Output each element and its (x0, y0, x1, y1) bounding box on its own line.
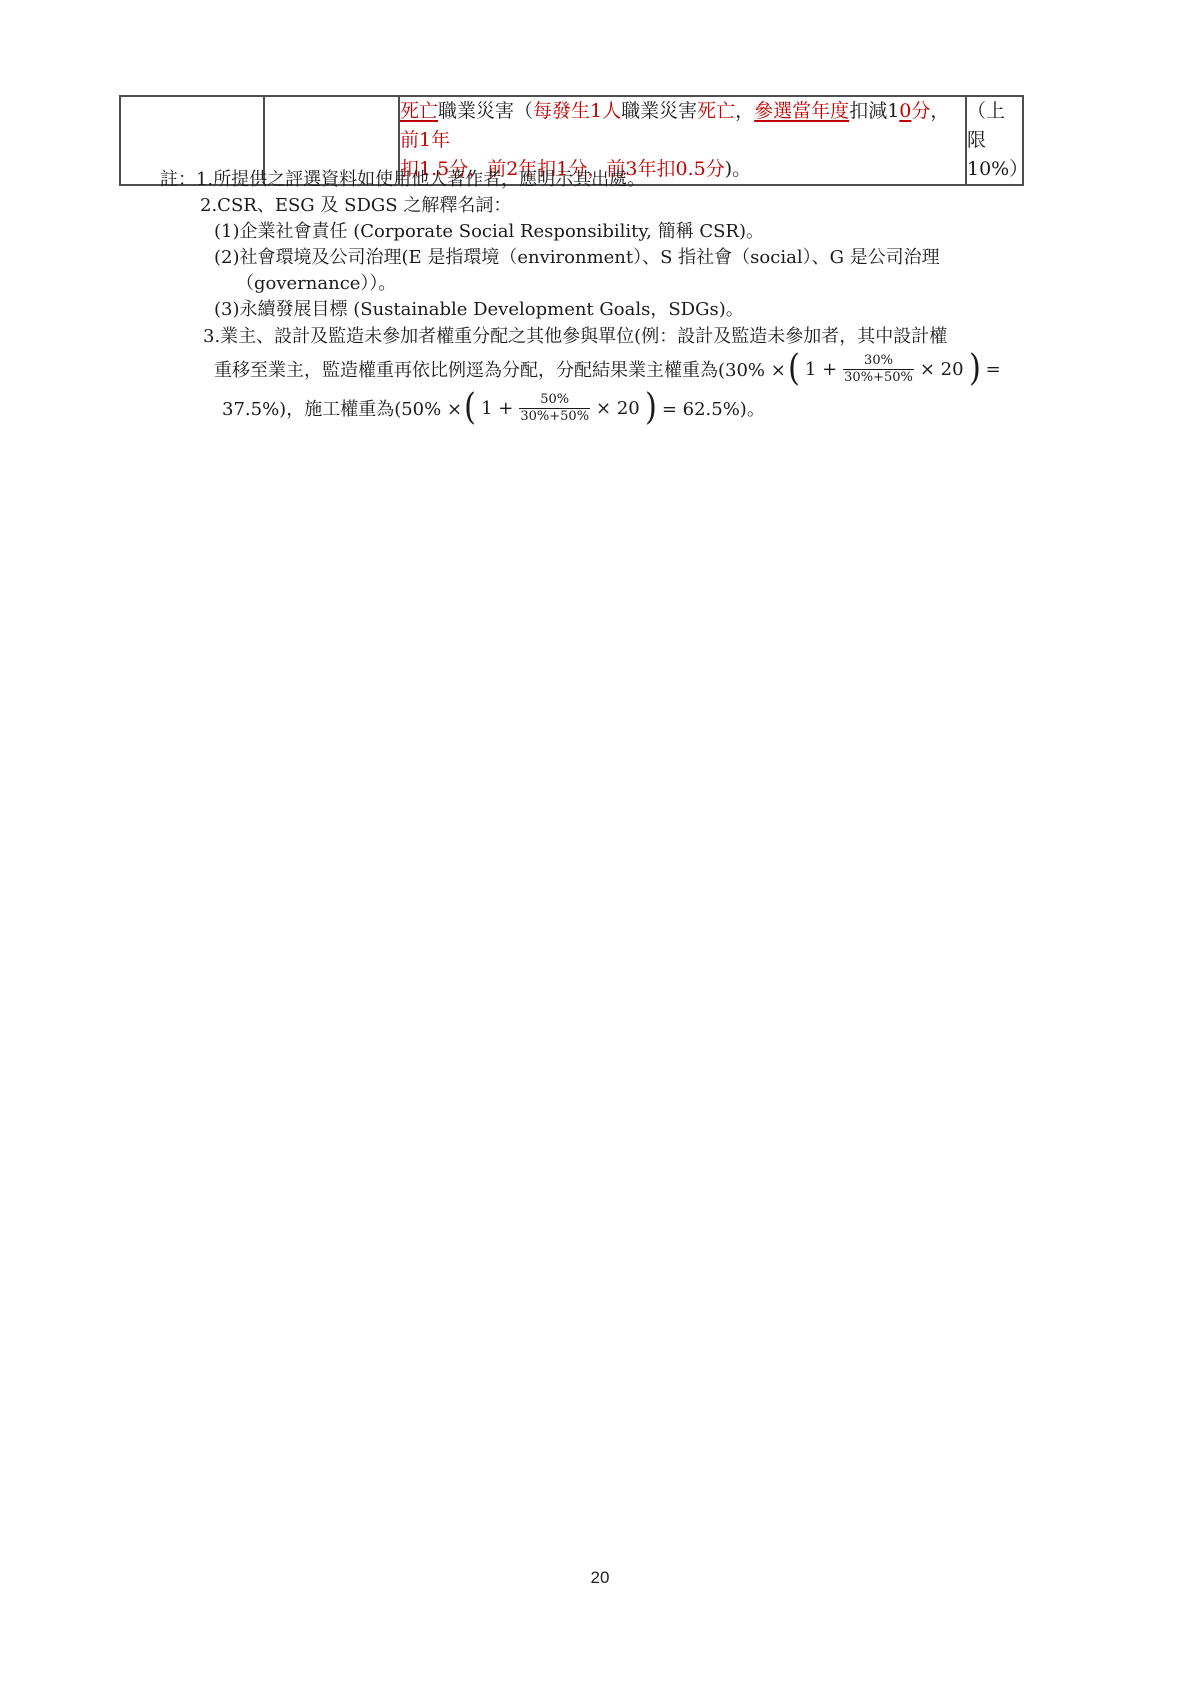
formula-term: 1 + (481, 398, 513, 419)
fraction-2: 50% 30%+50% (519, 392, 590, 424)
note-3-line-2: 重移至業主，監造權重再依比例逕為分配，分配結果業主權重為(30% × ( 1 +… (214, 348, 1004, 390)
note-2-item-2-line-1: (2)社會環境及公司治理(E 是指環境（environment）、S 指社會（s… (214, 247, 940, 269)
fraction-numerator: 30% (864, 353, 893, 369)
formula-term: 1 + (805, 359, 837, 380)
fraction-numerator: 50% (540, 392, 569, 408)
document-page: { "colors": { "accent_red": "#c00000", "… (0, 0, 1200, 1697)
formula-prefix: 37.5%)，施工權重為(50% × (222, 395, 462, 421)
text-segment: 參選當年度 (754, 100, 849, 122)
text-segment: 前1年 (400, 129, 450, 151)
note-2-item-3: (3)永續發展目標 (Sustainable Development Goals… (214, 299, 744, 321)
note-2: 2.CSR、ESG 及 SDGS 之解釋名詞： (200, 195, 511, 217)
text-segment: )。 (725, 158, 751, 180)
formula-term: × 20 (596, 398, 640, 419)
cap-line-1: （上限 (967, 97, 1022, 155)
page-number: 20 (0, 1568, 1200, 1588)
note-1: 註：1.所提供之評選資料如使用他人著作者，應明示其出處。 (160, 169, 645, 191)
note-2-item-1: (1)企業社會責任 (Corporate Social Responsibili… (214, 221, 764, 243)
note-2-item-2-line-2: （governance））。 (236, 273, 396, 295)
formula-term: × 20 (920, 359, 964, 380)
cap-line-2: 10%） (967, 155, 1022, 184)
close-paren: ) (645, 390, 657, 426)
text-segment: 每發生1人 (533, 100, 621, 122)
text-segment: 職業災害（ (438, 100, 533, 122)
formula-result: = 62.5%)。 (662, 395, 765, 421)
fraction-denominator: 30%+50% (843, 369, 914, 386)
text-segment: 死亡 (697, 100, 735, 122)
text-segment: 職業災害 (621, 100, 697, 122)
text-segment: ， (735, 100, 754, 122)
table-cell-cap: （上限 10%） (966, 96, 1023, 185)
close-paren: ) (969, 351, 981, 387)
text-segment: 扣減1 (849, 100, 899, 122)
fraction-denominator: 30%+50% (519, 408, 590, 425)
text-segment: 0 (899, 100, 911, 122)
text-segment: 分 (911, 100, 930, 122)
note-3-line-1: 3.業主、設計及監造未參加者權重分配之其他參與單位(例：設計及監造未參加者，其中… (203, 326, 947, 348)
text-segment: 死亡 (400, 100, 438, 122)
fraction-1: 30% 30%+50% (843, 353, 914, 385)
note-3-line-3: 37.5%)，施工權重為(50% × ( 1 + 50% 30%+50% × 2… (222, 387, 768, 429)
open-paren: ( (464, 390, 476, 426)
open-paren: ( (788, 351, 800, 387)
description-line-1: 死亡職業災害（每發生1人職業災害死亡，參選當年度扣減10分，前1年 (400, 97, 965, 155)
formula-prefix: 重移至業主，監造權重再依比例逕為分配，分配結果業主權重為(30% × (214, 356, 786, 382)
text-segment: ， (930, 100, 949, 122)
formula-equals: = (986, 359, 1001, 380)
